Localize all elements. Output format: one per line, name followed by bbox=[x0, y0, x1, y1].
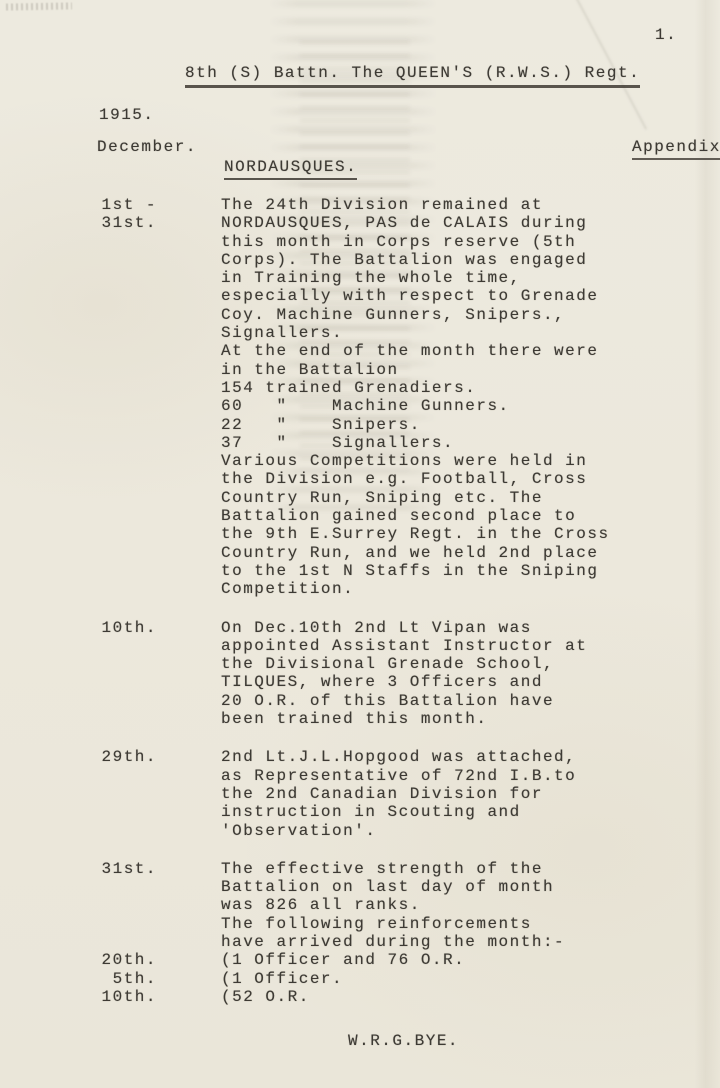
year-label: 1915. bbox=[99, 106, 155, 124]
diary-entry-row: 1st - 31st.The 24th Division remained at… bbox=[0, 196, 720, 599]
entry-date: 20th. bbox=[97, 951, 157, 969]
signature: W.R.G.BYE. bbox=[348, 1032, 459, 1050]
entry-text: The effective strength of the Battalion … bbox=[221, 860, 565, 951]
diary-entry-row: 5th.(1 Officer. bbox=[0, 970, 720, 988]
entry-text: 2nd Lt.J.L.Hopgood was attached, as Repr… bbox=[221, 748, 576, 839]
entry-text: (1 Officer. bbox=[221, 970, 343, 988]
diary-entry-row: 10th.On Dec.10th 2nd Lt Vipan was appoin… bbox=[0, 619, 720, 729]
entry-text: On Dec.10th 2nd Lt Vipan was appointed A… bbox=[221, 619, 587, 729]
entry-date: 10th. bbox=[97, 988, 157, 1006]
appendix-label: Appendix bbox=[632, 138, 720, 160]
diary-entry-row: 31st.The effective strength of the Batta… bbox=[0, 860, 720, 951]
entry-date: 1st - 31st. bbox=[97, 196, 157, 599]
diary-entry-row: 29th.2nd Lt.J.L.Hopgood was attached, as… bbox=[0, 748, 720, 839]
entry-text: (52 O.R. bbox=[221, 988, 310, 1006]
entries-list: 1st - 31st.The 24th Division remained at… bbox=[0, 196, 720, 1006]
month-label: December. bbox=[97, 138, 197, 156]
page-number: 1. bbox=[655, 26, 677, 44]
diary-entry-row: 20th.(1 Officer and 76 O.R. bbox=[0, 951, 720, 969]
war-diary-page: { "page": { "page_number": "1.", "title"… bbox=[0, 0, 720, 1088]
location-heading: NORDAUSQUES. bbox=[224, 158, 357, 180]
entry-date: 29th. bbox=[97, 748, 157, 839]
entry-date: 10th. bbox=[97, 619, 157, 729]
entry-date: 5th. bbox=[97, 970, 157, 988]
document-title: 8th (S) Battn. The QUEEN'S (R.W.S.) Regt… bbox=[185, 64, 640, 88]
diary-entry-row: 10th.(52 O.R. bbox=[0, 988, 720, 1006]
entry-text: The 24th Division remained at NORDAUSQUE… bbox=[221, 196, 610, 599]
entry-text: (1 Officer and 76 O.R. bbox=[221, 951, 465, 969]
entry-date: 31st. bbox=[97, 860, 157, 951]
pencil-scribble-mark bbox=[6, 2, 72, 10]
